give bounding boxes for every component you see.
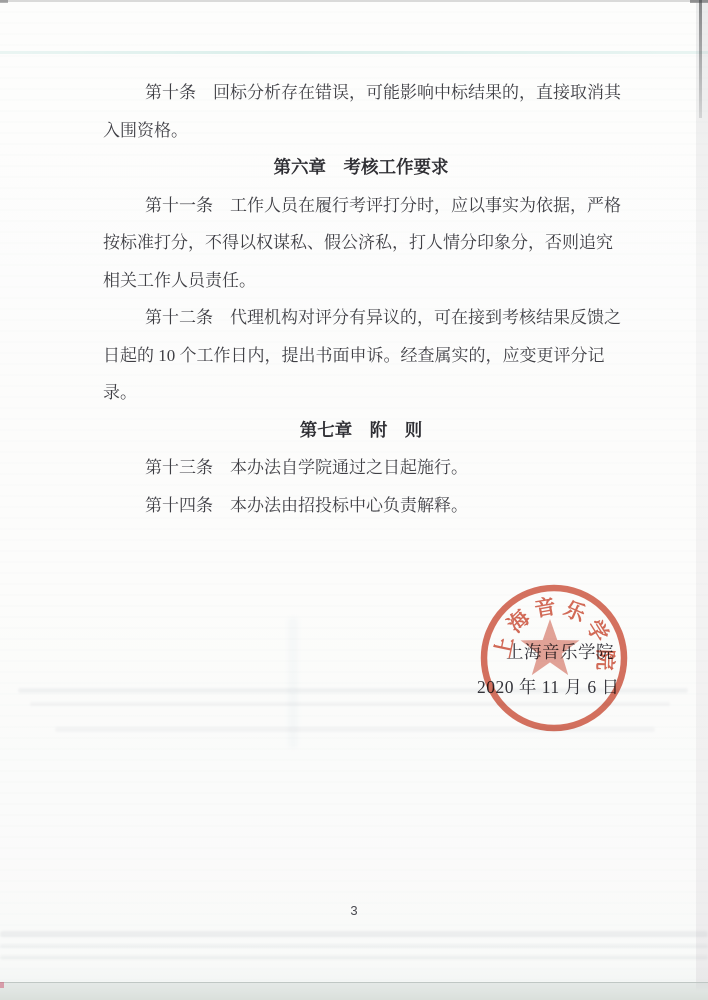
article-13-line: 第十三条 本办法自学院通过之日起施行。 (103, 449, 619, 487)
seal-char: 乐 (560, 596, 590, 627)
article-12-line-3: 录。 (103, 374, 619, 412)
scan-top-right-mark (690, 0, 708, 3)
bleedthrough-streak (0, 931, 708, 937)
page-number: 3 (0, 903, 708, 918)
scan-right-edge-shading (696, 0, 708, 1000)
article-11-line-2: 按标准打分，不得以权谋私、假公济私，打人情分印象分，否则追究 (103, 224, 619, 262)
official-seal: 上 海 音 乐 学 院 (476, 580, 632, 736)
article-12-line-2: 日起的 10 个工作日内，提出书面申诉。经查属实的，应变更评分记 (103, 337, 619, 375)
article-10-line-2: 入围资格。 (103, 112, 619, 150)
article-12-line-1: 第十二条 代理机构对评分有异议的，可在接到考核结果反馈之 (103, 299, 619, 337)
scan-cyan-line (0, 51, 708, 54)
bleedthrough-streak (0, 944, 708, 948)
seal-char: 院 (593, 649, 618, 671)
scan-right-edge-line (699, 0, 702, 118)
scanned-document-page: 第十条 回标分析存在错误，可能影响中标结果的，直接取消其 入围资格。 第六章 考… (0, 0, 708, 1000)
scan-bottom-edge (0, 982, 708, 1000)
scan-top-edge (0, 0, 708, 2)
bleedthrough-streak (0, 955, 708, 960)
chapter-7-heading: 第七章 附 则 (103, 412, 619, 450)
article-10-line-1: 第十条 回标分析存在错误，可能影响中标结果的，直接取消其 (103, 74, 619, 112)
article-11-line-1: 第十一条 工作人员在履行考评打分时，应以事实为依据，严格 (103, 187, 619, 225)
seal-char: 音 (533, 594, 558, 621)
bleedthrough-streak (288, 618, 298, 748)
article-11-line-3: 相关工作人员责任。 (103, 262, 619, 300)
seal-char: 上 (490, 635, 518, 661)
seal-char: 学 (581, 616, 612, 647)
chapter-6-heading: 第六章 考核工作要求 (103, 149, 619, 187)
scan-bottom-red-mark (0, 982, 4, 988)
document-body: 第十条 回标分析存在错误，可能影响中标结果的，直接取消其 入围资格。 第六章 考… (103, 74, 619, 524)
article-14-line: 第十四条 本办法由招投标中心负责解释。 (103, 487, 619, 525)
scan-top-left-mark (0, 0, 8, 3)
